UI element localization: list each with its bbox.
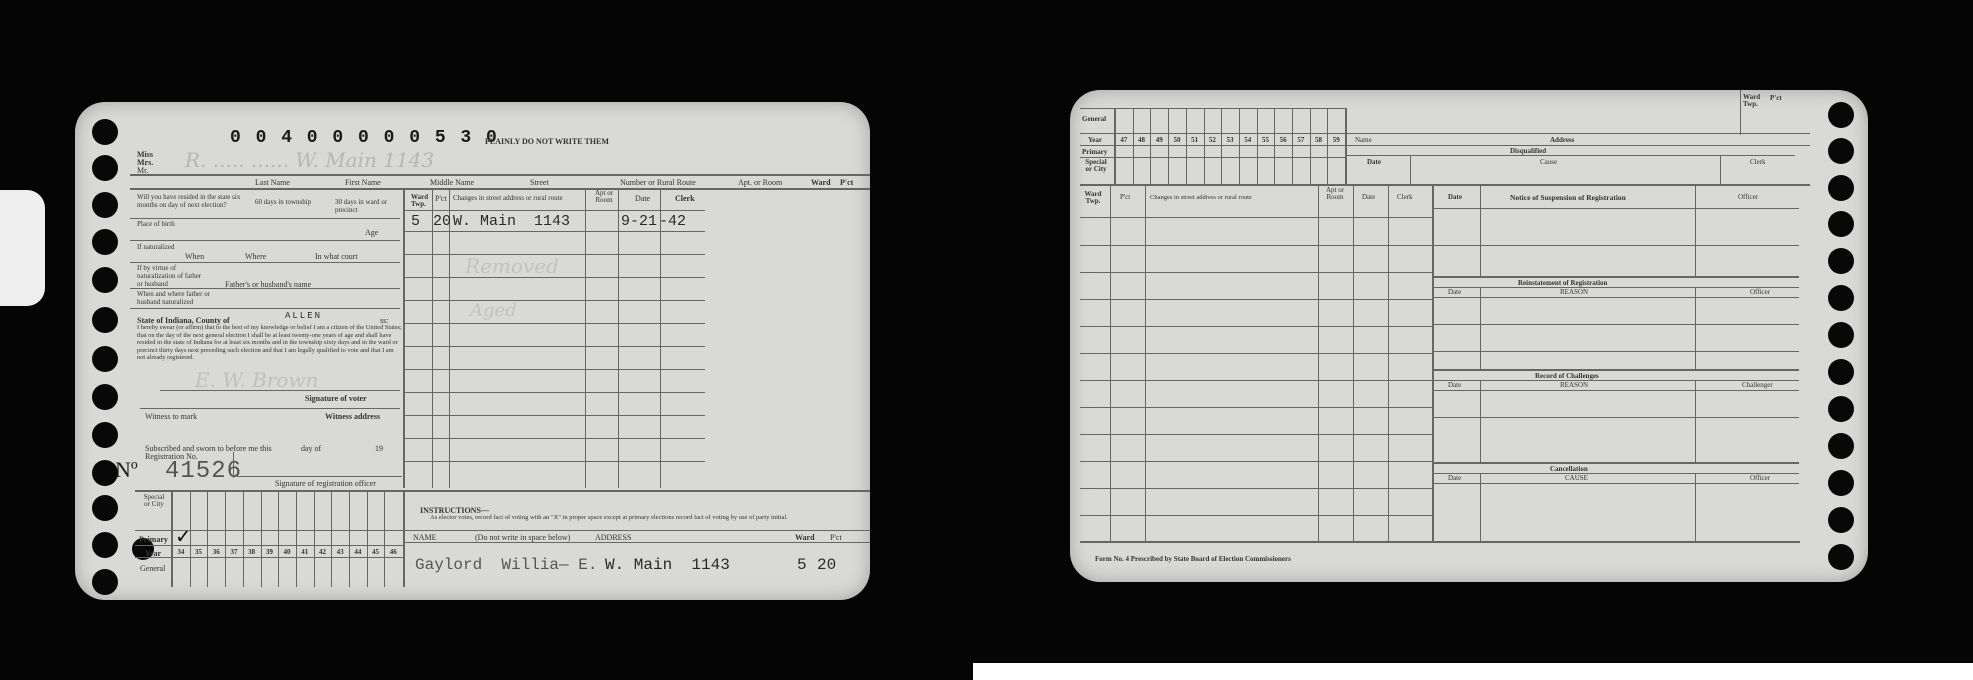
label-first-name: First Name xyxy=(345,178,381,187)
when-label: When xyxy=(185,252,204,261)
oath-text: I hereby swear (or affirm) that to the b… xyxy=(137,324,402,362)
partial-card-edge xyxy=(0,190,45,306)
year-cell: 53 xyxy=(1221,136,1239,144)
instructions-text: As elector votes, record fact of voting … xyxy=(430,514,850,522)
county-value: ALLEN xyxy=(285,311,322,321)
reinstatement-date: Date xyxy=(1448,288,1461,297)
footer-pct-label: P'ct xyxy=(830,533,842,542)
footer-note: (Do not write in space below) xyxy=(475,533,570,542)
handwritten-removed: Removed xyxy=(465,254,559,278)
voter-signature: E. W. Brown xyxy=(195,368,318,392)
day-of-label: day of xyxy=(301,444,321,453)
label-last-name: Last Name xyxy=(255,178,290,187)
ward-twp-label: Ward Twp. xyxy=(1743,94,1763,108)
signature-officer-label: Signature of registration officer xyxy=(275,479,376,488)
stamped-serial: 0 0 4 0 0 0 0 0 5 3 0 xyxy=(230,128,499,148)
handwritten-aged: Aged xyxy=(470,300,517,321)
pct-label: P'ct xyxy=(1770,94,1782,103)
year-prefix: 19 xyxy=(375,444,383,453)
year-cell: 43 xyxy=(331,548,349,556)
reinstatement-reason: REASON xyxy=(1560,288,1588,297)
year-cell: 40 xyxy=(278,548,296,556)
footer-pct-value: 20 xyxy=(817,556,836,574)
row-general: General xyxy=(1082,115,1106,124)
year-cell: 54 xyxy=(1239,136,1257,144)
year-cell: 41 xyxy=(296,548,314,556)
cancellation-date: Date xyxy=(1448,474,1461,483)
registration-card-front: 0 0 4 0 0 0 0 0 5 3 0 PLAINLY DO NOT WRI… xyxy=(75,102,870,600)
footer-ward-label: Ward xyxy=(795,533,815,542)
row-address: W. Main 1143 xyxy=(453,213,570,230)
label-number: Number or Rural Route xyxy=(620,178,696,187)
footer-ward-value: 5 xyxy=(797,556,807,574)
col-ward-twp: Ward Twp. xyxy=(1082,191,1104,205)
footer-address-label: ADDRESS xyxy=(595,533,631,542)
row-general: General xyxy=(140,564,165,573)
row-special-city: Special or City xyxy=(140,494,168,508)
row-primary: Primary xyxy=(139,535,168,544)
year-cell: 42 xyxy=(314,548,332,556)
signature-voter-label: Signature of voter xyxy=(305,394,367,403)
year-cell: 47 xyxy=(1115,136,1133,144)
age-label: Age xyxy=(365,228,378,237)
footer-name-value: Gaylord Willia— E. xyxy=(415,556,597,574)
year-cell: 50 xyxy=(1168,136,1186,144)
no-mark: Nº xyxy=(115,457,138,483)
year-cell: 34 xyxy=(172,548,190,556)
form-note: Form No. 4 Prescribed by State Board of … xyxy=(1095,555,1291,564)
col-pct: P'ct xyxy=(435,194,447,203)
year-cell: 38 xyxy=(243,548,261,556)
place-of-birth-label: Place of birth xyxy=(137,220,177,228)
label-middle-name: Middle Name xyxy=(430,178,474,187)
footer-name-label: NAME xyxy=(413,533,437,542)
township-label: 60 days in township xyxy=(255,198,315,206)
court-label: In what court xyxy=(315,252,358,261)
year-cell: 44 xyxy=(349,548,367,556)
col-changes: Changes in street address or rural route xyxy=(1150,193,1252,202)
year-cell: 59 xyxy=(1327,136,1345,144)
challenges-reason: REASON xyxy=(1560,381,1588,390)
col-apt: Apt or Room xyxy=(593,190,615,204)
white-bar xyxy=(973,663,1973,680)
year-cell: 51 xyxy=(1186,136,1204,144)
year-cell: 55 xyxy=(1257,136,1275,144)
year-cell: 37 xyxy=(225,548,243,556)
cancellation-cause: CAUSE xyxy=(1565,474,1588,483)
susp-officer: Officer xyxy=(1738,193,1758,202)
susp-date: Date xyxy=(1448,193,1462,202)
col-changes: Changes in street address or rural route xyxy=(453,194,563,203)
address-label: Address xyxy=(1550,136,1574,145)
label-street: Street xyxy=(530,178,549,187)
row-primary: Primary xyxy=(1082,148,1107,157)
row-date: 9-21 xyxy=(621,213,657,230)
col-apt: Apt or Room xyxy=(1323,187,1347,201)
reinstatement-officer: Officer xyxy=(1750,288,1770,297)
susp-title: Notice of Suspension of Registration xyxy=(1510,193,1626,202)
col-clerk: Clerk xyxy=(1397,193,1413,202)
year-cell: 49 xyxy=(1150,136,1168,144)
header-notice: PLAINLY DO NOT WRITE THEM xyxy=(485,137,609,146)
row-pct: 20 xyxy=(433,213,451,230)
challenges-date: Date xyxy=(1448,381,1461,390)
label-ward: Ward xyxy=(811,178,831,187)
disq-date-label: Date xyxy=(1367,158,1381,167)
registration-card-back: General Year Primary Special or City 474… xyxy=(1070,90,1868,582)
label-apt-room: Apt. or Room xyxy=(738,178,782,187)
col-date: Date xyxy=(635,194,650,203)
year-cell: 48 xyxy=(1133,136,1151,144)
col-date: Date xyxy=(1362,193,1375,202)
label-pct: P'ct xyxy=(840,178,853,187)
challenges-challenger: Challenger xyxy=(1742,381,1773,390)
cancellation-officer: Officer xyxy=(1750,474,1770,483)
residence-question: Will you have resided in the state six m… xyxy=(137,193,247,209)
col-clerk: Clerk xyxy=(675,194,695,203)
year-cell: 56 xyxy=(1274,136,1292,144)
name-label: Name xyxy=(1355,136,1372,145)
year-cell: 45 xyxy=(367,548,385,556)
disq-cause-label: Cause xyxy=(1540,158,1557,167)
year-cell: 58 xyxy=(1310,136,1328,144)
year-cell: 57 xyxy=(1292,136,1310,144)
year-cell: 36 xyxy=(207,548,225,556)
witness-address-label: Witness address xyxy=(325,412,380,421)
naturalization-virtue-label: If by virtue of naturalization of father… xyxy=(137,264,207,288)
year-cell: 35 xyxy=(190,548,208,556)
handwritten-name: R. ..... ...... W. Main 1143 xyxy=(185,148,434,172)
registration-number: 41526 xyxy=(165,458,242,485)
year-cell: 52 xyxy=(1204,136,1222,144)
footer-address-value: W. Main 1143 xyxy=(605,556,730,574)
row-clerk: -42 xyxy=(659,213,686,230)
col-pct: P'ct xyxy=(1120,193,1130,202)
year-cell: 39 xyxy=(261,548,279,556)
row-special-city: Special or City xyxy=(1082,159,1110,173)
ward-precinct-label: 30 days in ward or precinct xyxy=(335,198,405,214)
when-where-label: When and where father or husband natural… xyxy=(137,290,232,306)
year-cell: 46 xyxy=(384,548,402,556)
row-year: Year xyxy=(1088,136,1102,145)
row-ward: 5 xyxy=(411,213,420,230)
witness-mark-label: Witness to mark xyxy=(145,412,197,421)
disq-clerk-label: Clerk xyxy=(1750,158,1766,167)
where-label: Where xyxy=(245,252,266,261)
col-ward-twp: Ward Twp. xyxy=(411,194,433,208)
naturalized-label: If naturalized xyxy=(137,243,177,251)
